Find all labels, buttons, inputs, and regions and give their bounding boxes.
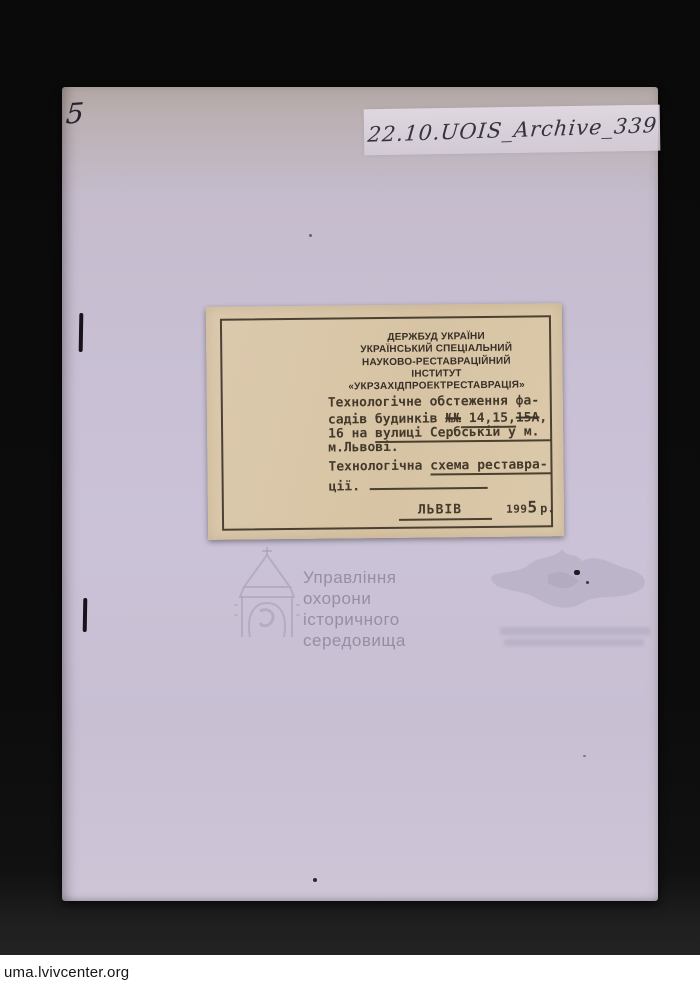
title-line: 16 на вулиці Сербській у м.: [328, 424, 558, 440]
binding-slit-bottom: [83, 598, 88, 632]
handwritten-page-number: 5: [65, 96, 85, 130]
institute-name-block: ДЕРЖБУД УКРАЇНИ УКРАЇНСЬКИЙ СПЕЦІАЛЬНИЙ …: [318, 330, 555, 394]
struck-text: 15А: [516, 410, 540, 425]
city-name: ЛЬВІВ: [399, 502, 492, 521]
ink-speck: [586, 581, 589, 584]
heritage-office-watermark-text: Управління охорони історичного середовищ…: [303, 567, 406, 651]
struck-text: №№: [445, 411, 461, 426]
title-line: Технологічна схема реставра-: [328, 457, 558, 477]
faint-watermark-caption: [500, 627, 650, 635]
source-footer: uma.lvivcenter.org: [0, 955, 700, 990]
handwritten-archive-code: 22.10.UOIS_Archive_339: [366, 113, 658, 147]
source-site-text: uma.lvivcenter.org: [4, 964, 129, 981]
city-year-line: ЛЬВІВ1995р.: [329, 497, 559, 518]
title-line: ції.: [329, 475, 559, 497]
watermark-line: охорони: [303, 588, 406, 609]
city-silhouette-watermark: [478, 545, 668, 630]
scanned-document-photo: 5 22.10.UOIS_Archive_339 ДЕРЖБУД УКРАЇНИ…: [0, 0, 700, 990]
paper-speck: [583, 755, 586, 757]
paper-speck: [313, 878, 317, 882]
paper-speck: [309, 234, 312, 237]
faint-watermark-caption: [504, 639, 644, 646]
org-line: «УКРЗАХІДПРОЕКТРЕСТАВРАЦІЯ»: [319, 379, 555, 394]
document-cover-page: 5 22.10.UOIS_Archive_339 ДЕРЖБУД УКРАЇНИ…: [62, 87, 658, 901]
binding-slit-top: [79, 313, 84, 352]
watermark-line: середовища: [303, 630, 406, 651]
institute-title-label: ДЕРЖБУД УКРАЇНИ УКРАЇНСЬКИЙ СПЕЦІАЛЬНИЙ …: [206, 303, 564, 540]
typed-title-block: Технологічне обстеження фа- садів будинк…: [328, 393, 559, 518]
watermark-line: історичного: [303, 609, 406, 630]
heritage-tower-watermark-icon: [232, 545, 302, 645]
archive-code-strip: 22.10.UOIS_Archive_339: [364, 105, 661, 156]
watermark-line: Управління: [303, 567, 406, 588]
ink-speck: [574, 570, 580, 575]
typed-rule-line: [370, 476, 488, 490]
year: 199: [506, 503, 528, 516]
